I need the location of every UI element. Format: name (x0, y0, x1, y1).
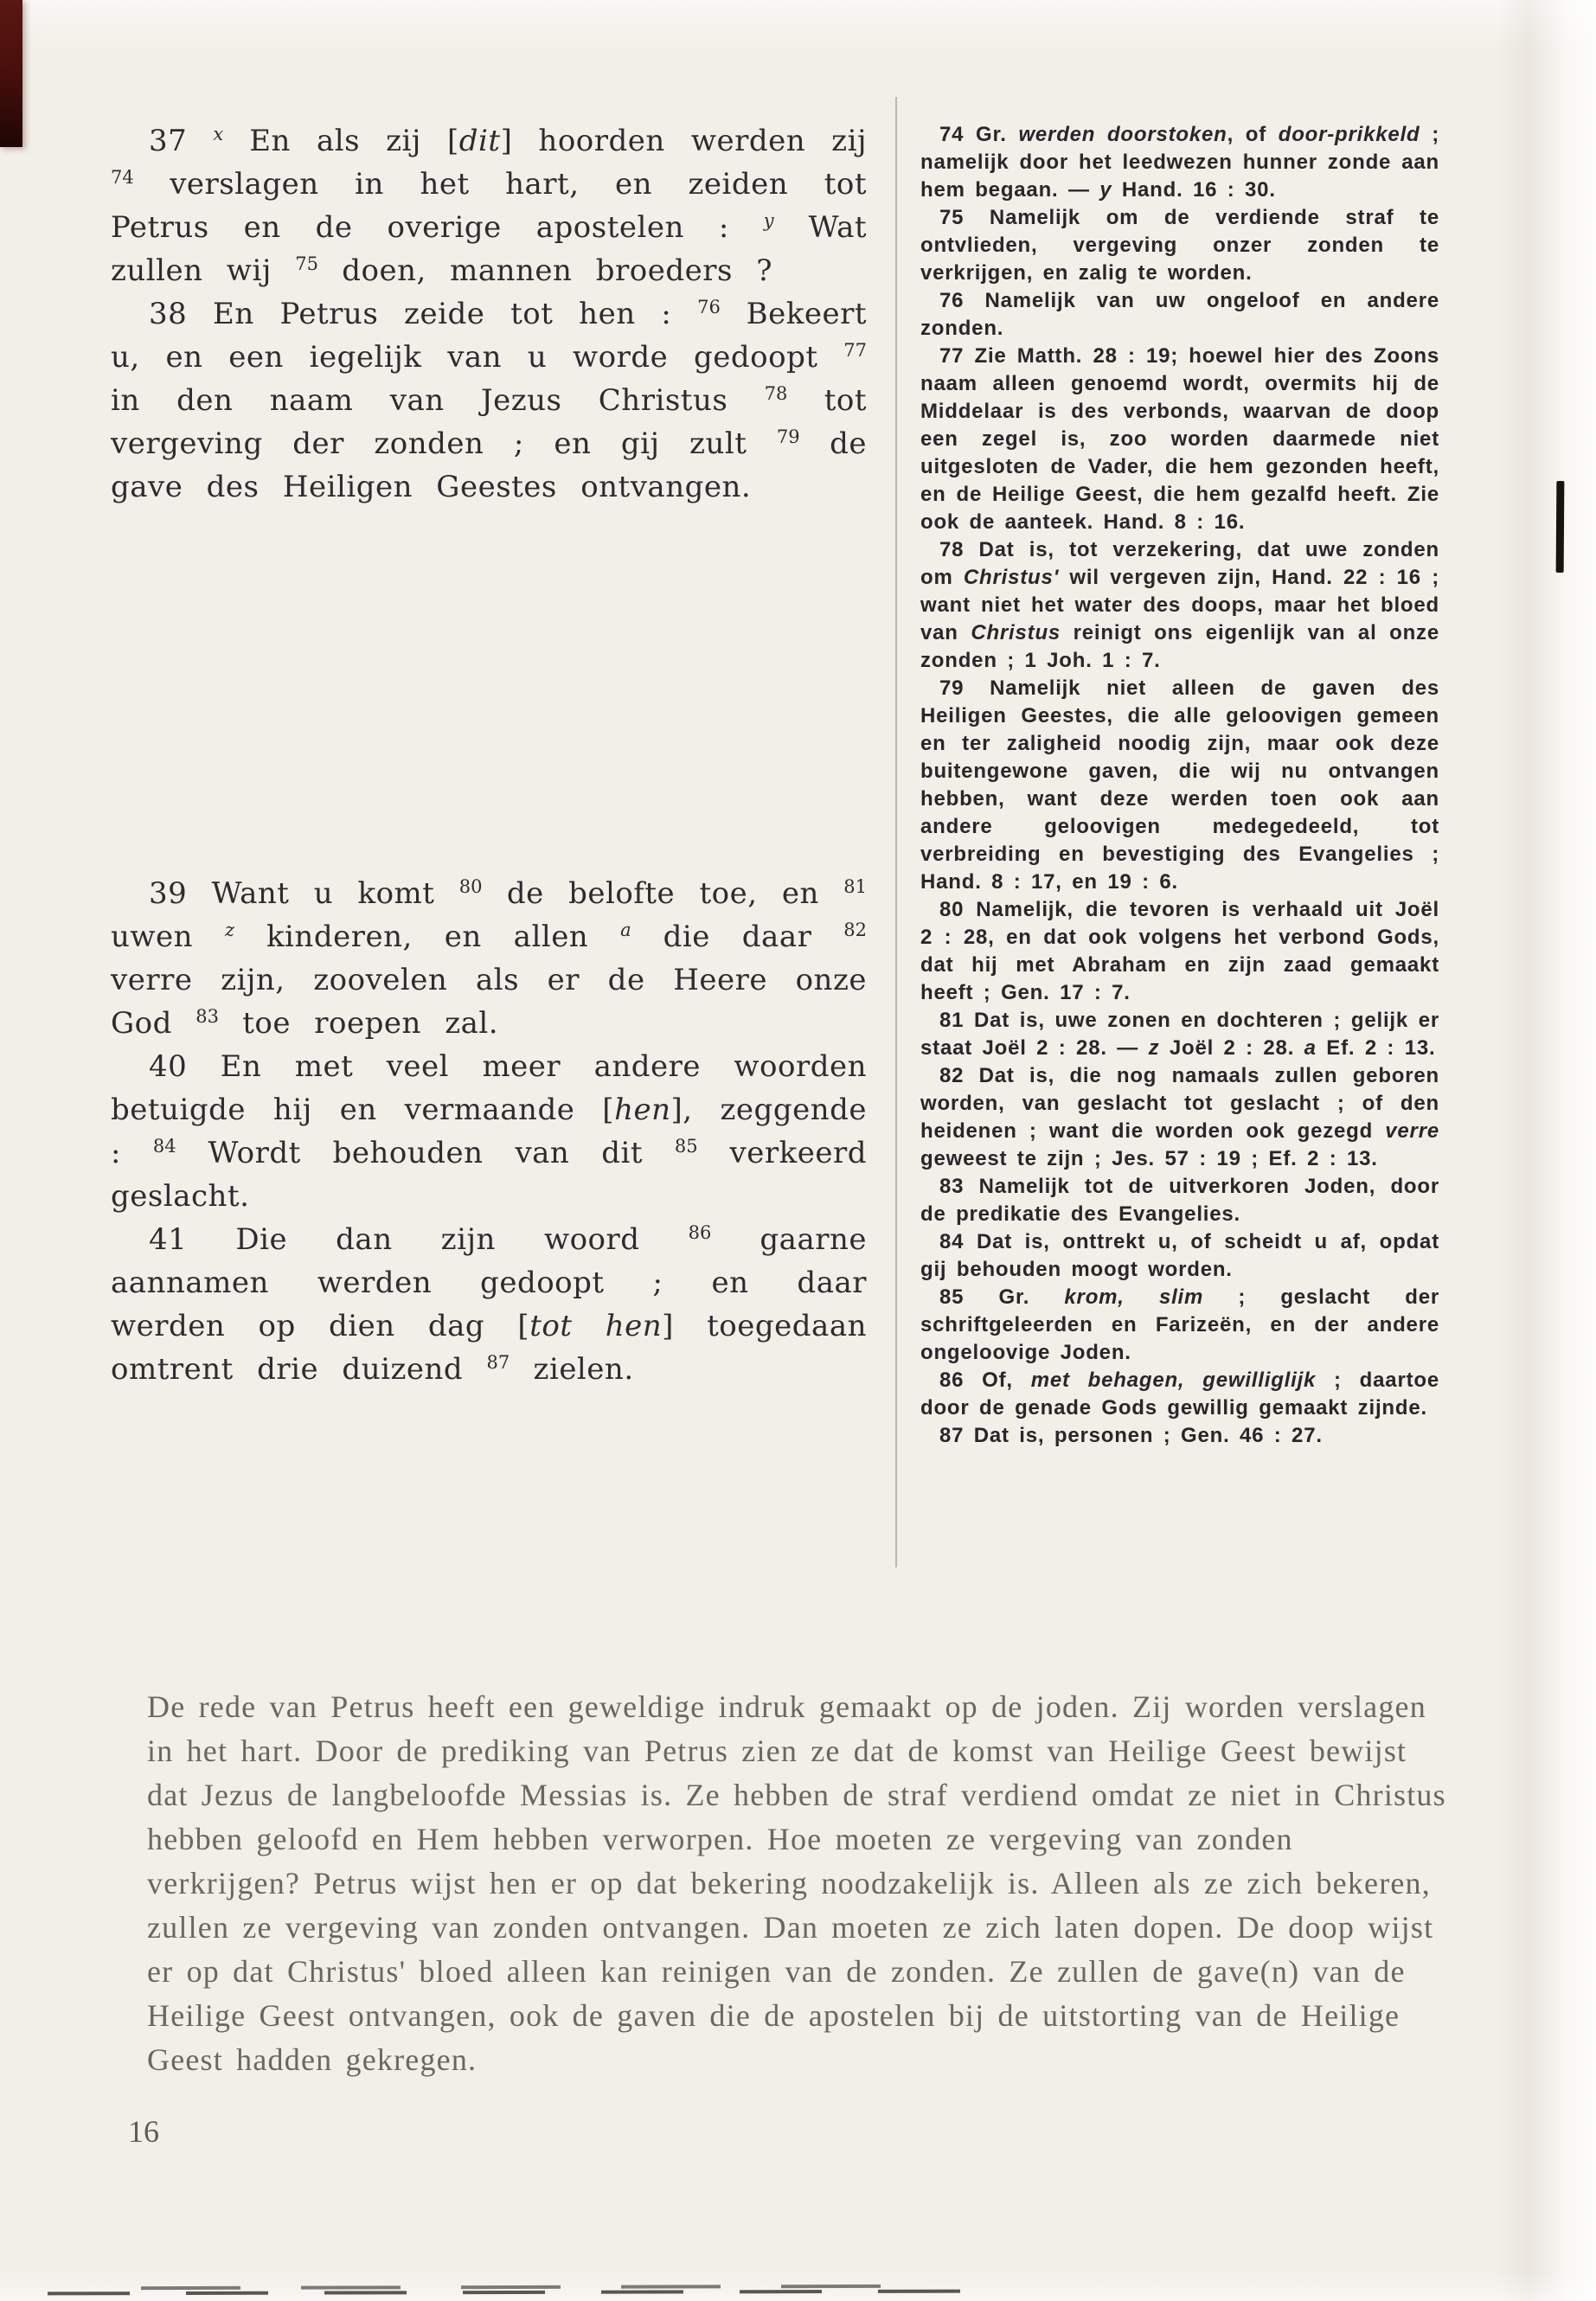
scan-top-shade (0, 0, 1596, 50)
note-77: 77 Zie Matth. 28 : 19; hoewel hier des Z… (920, 343, 1439, 536)
bible-text-column: 37 x En als zij [dit] hoorden werden zij… (111, 119, 867, 1391)
note-76: 76 Namelijk van uw ongeloof en andere zo… (920, 287, 1439, 343)
italic-text: Christus' (964, 566, 1059, 589)
verse-39: 39 Want u komt 80 de belofte toe, en 81 … (111, 872, 867, 1045)
italic-text: tot hen (529, 1309, 662, 1343)
note-87: 87 Dat is, personen ; Gen. 46 : 27. (920, 1422, 1439, 1450)
note-85: 85 Gr. krom, slim ; geslacht der schrift… (920, 1284, 1439, 1367)
column-gap (111, 509, 867, 872)
reference-superscript: 83 (195, 1006, 219, 1027)
verse-38: 38 En Petrus zeide tot hen : 76 Bekeert … (111, 292, 867, 509)
italic-text: verre (1385, 1119, 1439, 1143)
reference-superscript: 79 (777, 426, 800, 447)
reference-superscript: 85 (675, 1136, 698, 1157)
scan-bottom-edge-line (48, 2290, 969, 2296)
italic-text: met behagen, gewilliglijk (1031, 1368, 1316, 1392)
scan-right-edge-mark (1556, 481, 1565, 573)
annotations-column: 74 Gr. werden doorstoken, of door-prikke… (920, 121, 1439, 1450)
book-page: 37 x En als zij [dit] hoorden werden zij… (0, 0, 1596, 2301)
italic-text: hen (614, 1093, 670, 1127)
reference-superscript: 78 (765, 383, 788, 404)
scan-bottom-edge-marks (48, 2283, 969, 2298)
reference-superscript: 76 (697, 297, 721, 317)
note-86: 86 Of, met behagen, gewilliglijk ; daart… (920, 1367, 1439, 1422)
note-83: 83 Namelijk tot de uitverkoren Joden, do… (920, 1173, 1439, 1228)
scan-corner-bar (0, 0, 22, 147)
reference-superscript: 86 (689, 1222, 712, 1243)
italic-text: y (1099, 178, 1112, 202)
reference-superscript: 87 (486, 1352, 510, 1373)
italic-text: dit (459, 124, 501, 158)
note-84: 84 Dat is, onttrekt u, of scheidt u af, … (920, 1228, 1439, 1284)
reference-superscript: 80 (459, 876, 483, 897)
italic-text: krom, slim (1064, 1285, 1203, 1309)
italic-text: werden doorstoken (1018, 123, 1227, 146)
verse-41: 41 Die dan zijn woord 86 gaarne aannamen… (111, 1218, 867, 1391)
note-78: 78 Dat is, tot verzekering, dat uwe zond… (920, 536, 1439, 675)
reference-superscript: 77 (843, 340, 867, 361)
italic-text: door-prikkeld (1279, 123, 1420, 146)
italic-text: z (1149, 1036, 1160, 1060)
column-divider (895, 97, 897, 1567)
verse-37: 37 x En als zij [dit] hoorden werden zij… (111, 119, 867, 292)
reference-superscript: 84 (153, 1136, 176, 1157)
note-74: 74 Gr. werden doorstoken, of door-prikke… (920, 121, 1439, 204)
note-75: 75 Namelijk om de verdiende straf te ont… (920, 204, 1439, 287)
reference-superscript: x (213, 124, 223, 144)
italic-text: Christus (971, 621, 1061, 644)
reference-superscript: a (620, 920, 631, 940)
reference-superscript: 82 (843, 920, 867, 940)
reference-superscript: z (225, 920, 234, 940)
reference-superscript: 81 (843, 876, 867, 897)
page-number: 16 (128, 2114, 159, 2149)
reference-superscript: 74 (111, 167, 134, 188)
scan-right-shade (1497, 0, 1596, 2301)
commentary-paragraph: De rede van Petrus heeft een geweldige i… (147, 1685, 1449, 2082)
reference-superscript: y (764, 210, 774, 231)
note-82: 82 Dat is, die nog namaals zullen gebore… (920, 1062, 1439, 1173)
italic-text: a (1304, 1036, 1317, 1060)
reference-superscript: 75 (295, 253, 318, 274)
note-80: 80 Namelijk, die tevoren is verhaald uit… (920, 896, 1439, 1007)
verse-40: 40 En met veel meer andere woorden betui… (111, 1045, 867, 1218)
note-81: 81 Dat is, uwe zonen en dochteren ; geli… (920, 1007, 1439, 1062)
note-79: 79 Namelijk niet alleen de gaven des Hei… (920, 675, 1439, 896)
